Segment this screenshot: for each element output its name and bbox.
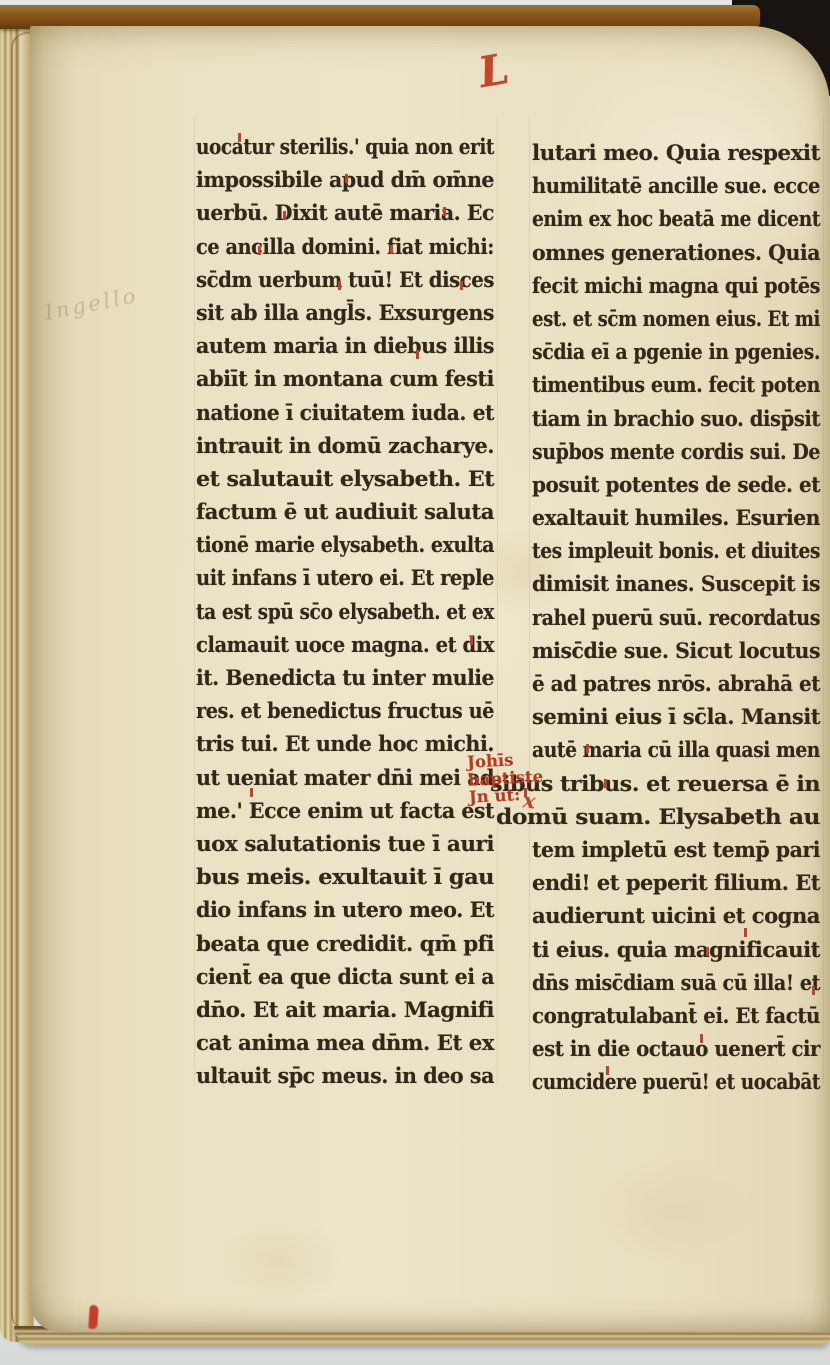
- text-line: semini eius ī sc̄la. Mansit: [532, 700, 820, 733]
- text-line: sit ab illa angl̄s. Exsurgens: [196, 296, 494, 329]
- text-line: bus meis. exultauit ī gau: [196, 860, 494, 893]
- text-line: lutari meo. Quia respexit: [532, 136, 820, 169]
- text-line: dn̄s misc̄diam suā cū illa! et: [532, 966, 820, 999]
- ruling-line: [823, 118, 824, 1086]
- text-line: cat anima mea dn̄m. Et ex: [196, 1026, 494, 1059]
- text-line: uocatur sterilis.' quia non erit: [196, 130, 494, 163]
- text-line: dn̄o. Et ait maria. Magnifi: [196, 993, 494, 1026]
- ruling-line: [529, 118, 530, 1086]
- text-line: dimisit inanes. Suscepit is: [532, 567, 820, 600]
- text-line: me.' Ecce enim ut facta est: [196, 794, 494, 827]
- text-line: res. et benedictus fructus uē: [196, 694, 494, 727]
- text-line: sup̄bos mente cordis sui. De: [532, 435, 820, 468]
- text-line: dio infans in utero meo. Et: [196, 893, 494, 926]
- text-line: tem impletū est temp̄ pari: [532, 833, 820, 866]
- text-line: ē ad patres nrōs. abrahā et: [532, 667, 820, 700]
- text-line: tionē marie elysabeth. exulta: [196, 528, 494, 561]
- text-line: endi! et peperit filium. Et: [532, 866, 820, 899]
- text-line: autē maria cū illa quasi men: [532, 733, 820, 766]
- text-line: sc̄dia eī a pgenie in pgenies.: [532, 335, 820, 368]
- text-line: natione ī ciuitatem iuda. et: [196, 396, 494, 429]
- text-line: enim ex hoc beatā me dicent: [532, 202, 820, 235]
- text-column-left: uocatur sterilis.' quia non eritimpossib…: [196, 130, 494, 1092]
- text-line: ce ancilla domini. fiat michi:: [196, 230, 494, 263]
- text-line: omnes generationes. Quia: [532, 236, 820, 269]
- text-line: ti eius. quia magnificauit: [532, 933, 820, 966]
- text-line: factum ē ut audiuit saluta: [196, 495, 494, 528]
- text-line: clamauit uoce magna. et dix: [196, 628, 494, 661]
- text-line: est in die octauo uenert̄ cir: [532, 1032, 820, 1065]
- text-line: autem maria in diebus illis: [196, 329, 494, 362]
- text-line: audierunt uicini et cogna: [532, 899, 820, 932]
- red-cross-mark: x: [522, 787, 537, 813]
- text-line: uox salutationis tue ī auri: [196, 827, 494, 860]
- text-line: it. Benedicta tu inter mulie: [196, 661, 494, 694]
- text-line: cient̄ ea que dicta sunt ei a: [196, 960, 494, 993]
- manuscript-photo: L Ingello uocatur sterilis.' quia non er…: [0, 0, 830, 1365]
- text-line: et salutauit elysabeth. Et: [196, 462, 494, 495]
- text-line: fecit michi magna qui potēs: [532, 269, 820, 302]
- text-line: impossibile apud dm̄ om̄ne: [196, 163, 494, 196]
- parchment-stain: [220, 1216, 340, 1306]
- text-line: ta est spū sc̄o elysabeth. et ex: [196, 595, 494, 628]
- text-line: uit infans ī utero ei. Et reple: [196, 561, 494, 594]
- text-line: congratulabant̄ ei. Et factū: [532, 999, 820, 1032]
- text-line: sc̄dm uerbum tuū! Et disces: [196, 263, 494, 296]
- ruling-line: [194, 118, 195, 1086]
- text-line: uerbū. Dixit autē maria. Ec: [196, 196, 494, 229]
- rubrication-ticks: [0, 0, 3, 9]
- ruling-line: [497, 118, 498, 1086]
- text-line: est. et sc̄m nomen eius. Et mi: [532, 302, 820, 335]
- text-line: misc̄die sue. Sicut locutus: [532, 634, 820, 667]
- text-line: timentibus eum. fecit poten: [532, 368, 820, 401]
- text-line: humilitatē ancille sue. ecce: [532, 169, 820, 202]
- parchment-stain: [590, 1156, 750, 1266]
- text-line: cumcidere puerū! et uocabāt: [532, 1065, 820, 1098]
- text-line: exaltauit humiles. Esurien: [532, 501, 820, 534]
- text-line: ultauit sp̄c meus. in deo sa: [196, 1059, 494, 1092]
- text-line: tris tui. Et unde hoc michi.: [196, 727, 494, 760]
- text-line: domū suam. Elysabeth au: [496, 800, 820, 833]
- text-line: ut ueniat mater dn̄i mei ad: [196, 761, 494, 794]
- text-line: rahel puerū suū. recordatus: [532, 601, 820, 634]
- text-line: abiīt in montana cum festi: [196, 362, 494, 395]
- text-line: tiam in brachio suo. disp̄sit: [532, 402, 820, 435]
- text-line: beata que credidit. qm̄ pfi: [196, 927, 494, 960]
- text-line: posuit potentes de sede. et: [532, 468, 820, 501]
- text-line: tes impleuit bonis. et diuites: [532, 534, 820, 567]
- text-line: intrauit in domū zacharye.: [196, 429, 494, 462]
- red-ink-blot: [88, 1305, 99, 1330]
- text-column-right: lutari meo. Quia respexithumilitatē anci…: [532, 136, 820, 1098]
